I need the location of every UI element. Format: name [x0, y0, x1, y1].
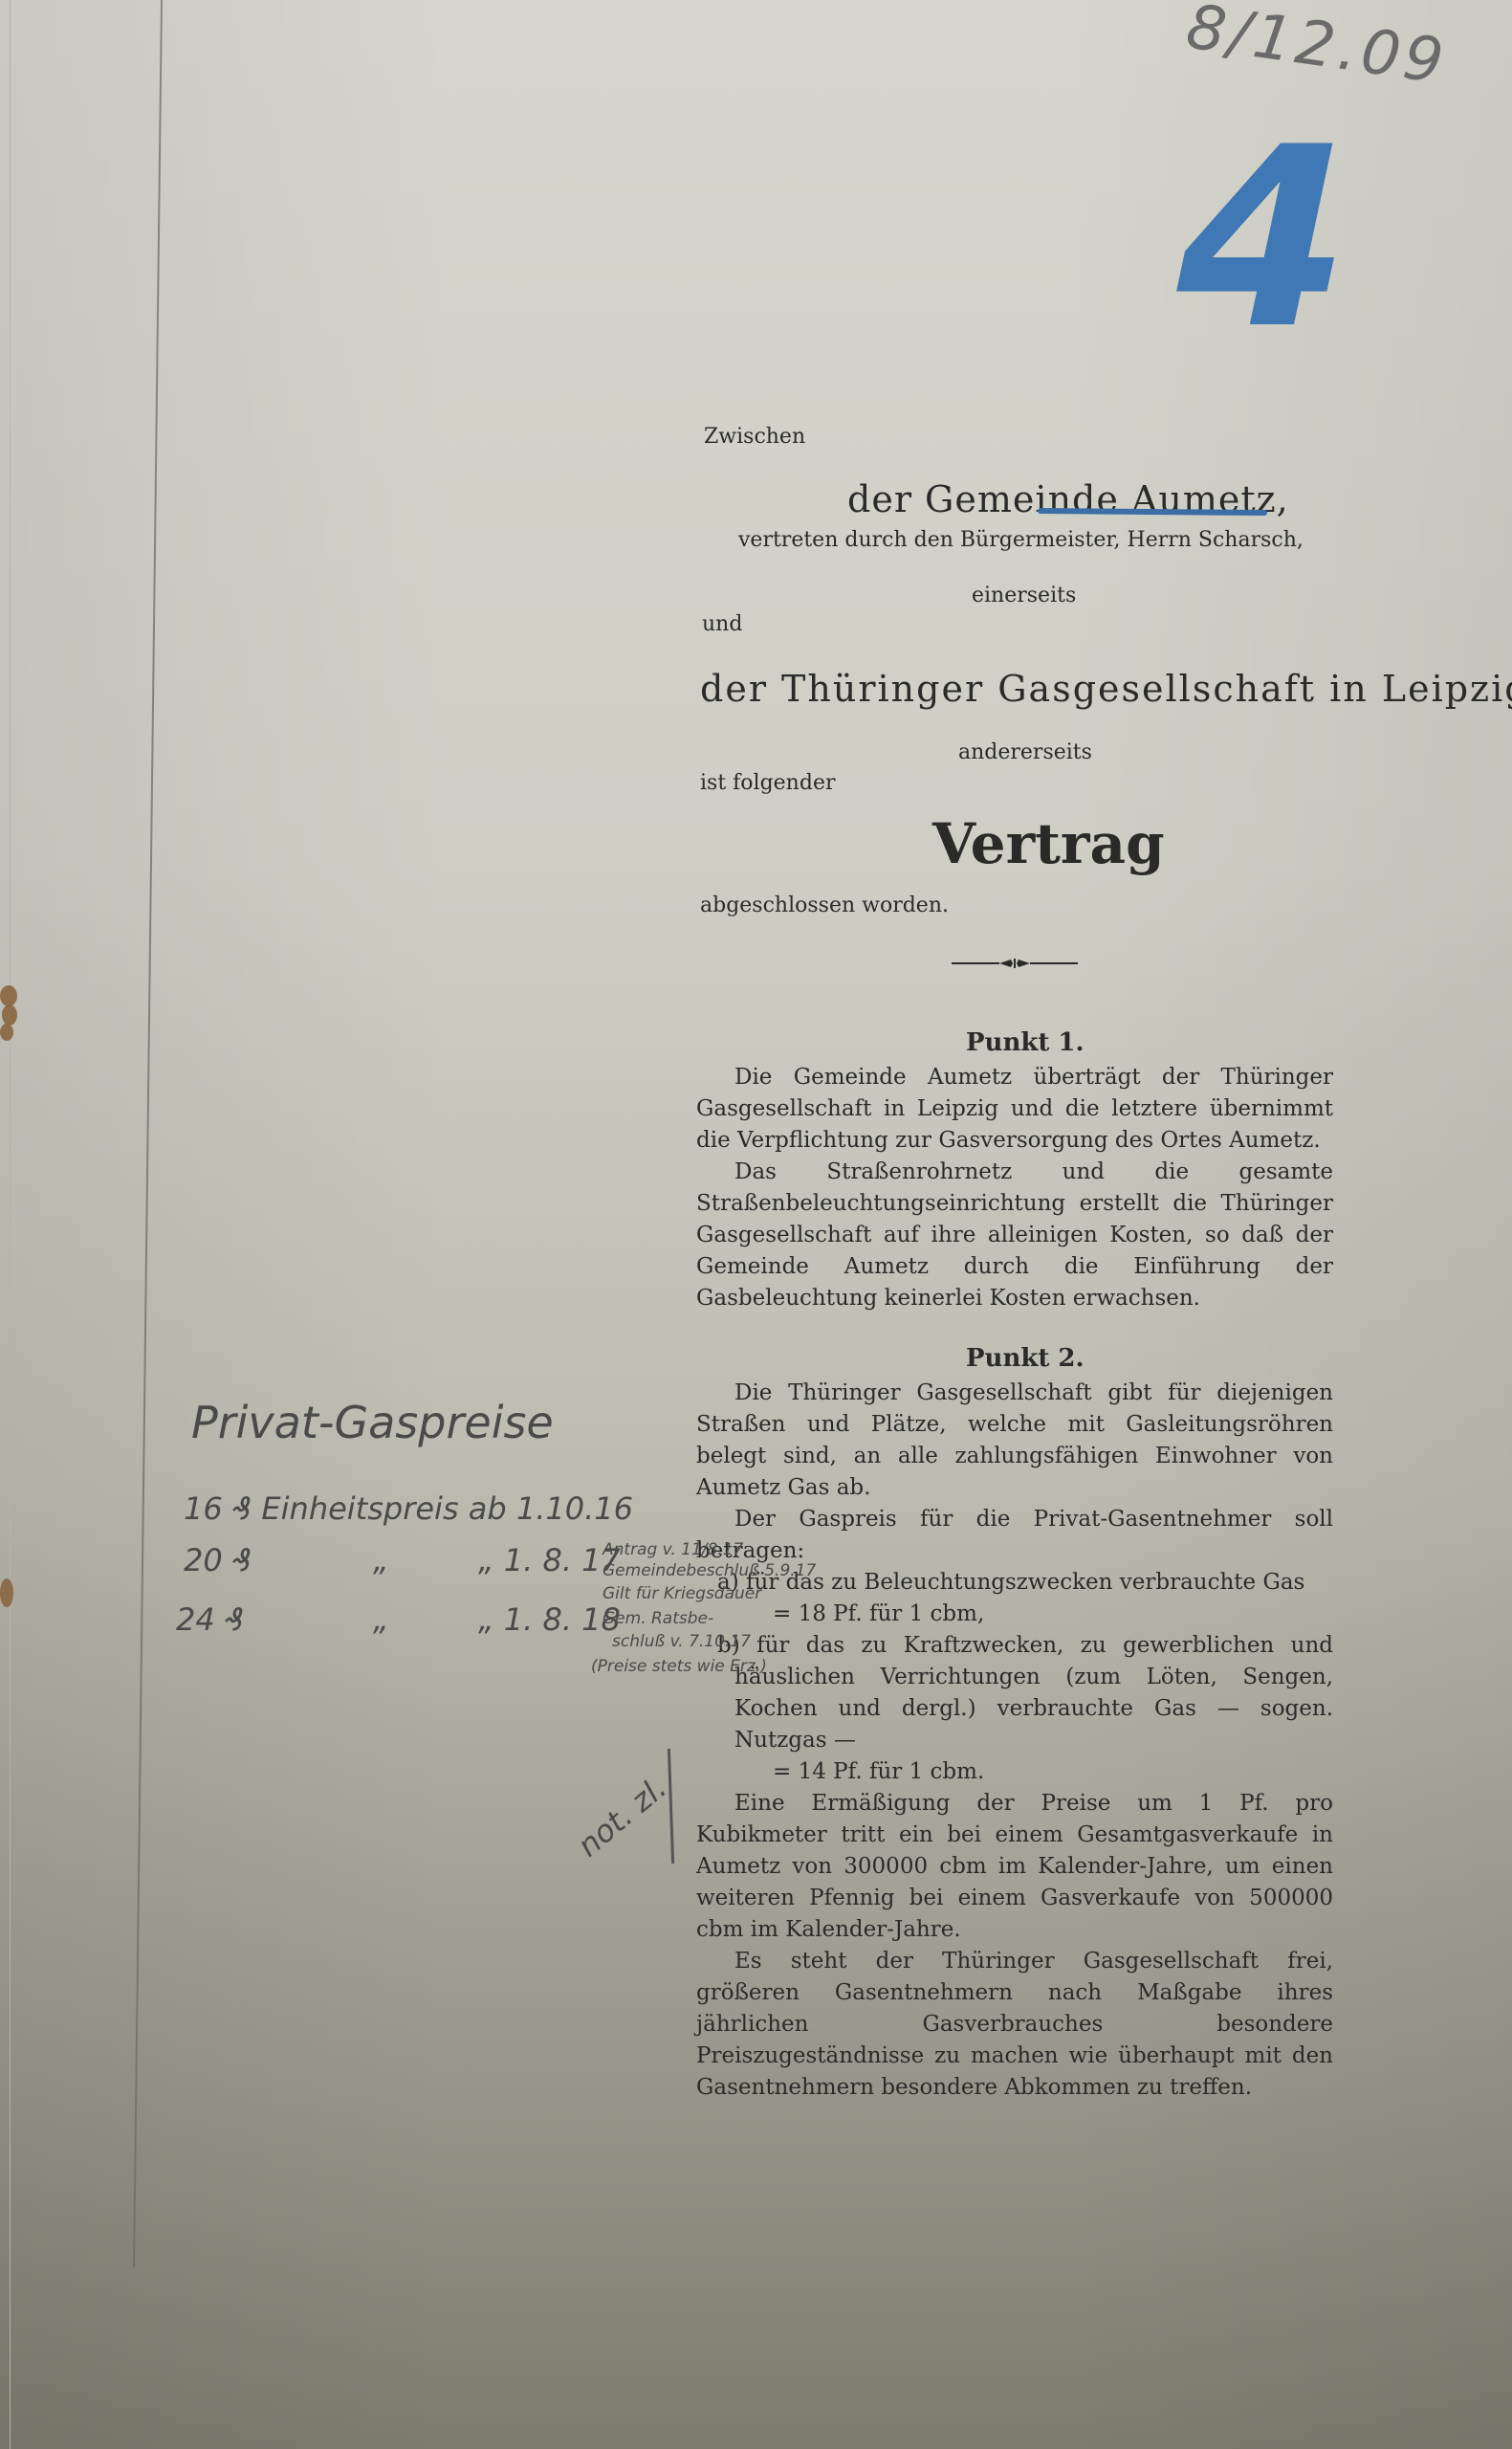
punkt2-paragraph: Eine Ermäßigung der Preise um 1 Pf. pro … [696, 1788, 1333, 1946]
party1-side: einerseits [972, 584, 1076, 607]
margin-note-line2-date: „ 1. 8. 17 [478, 1542, 621, 1578]
margin-bar [668, 1749, 674, 1864]
punkt2-paragraph: Es steht der Thüringer Gasgesellschaft f… [696, 1946, 1333, 2104]
ornament-divider [952, 957, 1078, 970]
between-label: Zwischen [704, 425, 805, 449]
is-following-label: ist folgender [700, 771, 835, 795]
margin-note-line3-price: 24 ₰ [176, 1601, 244, 1638]
margin-note-line1: 16 ₰ Einheitspreis ab 1.10.16 [184, 1490, 633, 1527]
margin-note-line3-date: „ 1. 8. 18 [478, 1601, 621, 1638]
margin-note-line3-detail: Gem. Ratsbe- [603, 1609, 713, 1628]
party2-side: andererseits [958, 740, 1092, 764]
pencil-date: 8/12.09 [1182, 0, 1451, 99]
page-edge [10, 0, 11, 2449]
ditto-mark: „ [373, 1601, 389, 1638]
price-item-a-value: = 18 Pf. für 1 cbm, [696, 1599, 1333, 1630]
blue-page-number: 4 [1150, 115, 1375, 364]
rust-stain [0, 1024, 13, 1041]
margin-note-line2-detail: Antrag v. 11/8.17 [603, 1540, 743, 1559]
rust-stain [0, 1578, 13, 1607]
margin-note-line3-detail: schluß v. 7.10.17 [612, 1632, 751, 1651]
price-item-b-value: = 14 Pf. für 1 cbm. [696, 1756, 1333, 1788]
punkt1-body: Die Gemeinde Aumetz überträgt der Thürin… [696, 1062, 1333, 1314]
margin-note-line2-detail: Gemeindebeschluß 5.9.17 [603, 1561, 816, 1580]
margin-note-line2-detail: Gilt für Kriegsdauer [603, 1584, 761, 1603]
party2-name: der Thüringer Gasgesellschaft in Leipzig [700, 668, 1512, 710]
punkt2-heading: Punkt 2. [966, 1344, 1085, 1373]
fold-line [133, 0, 163, 2267]
margin-note-title: Privat-Gaspreise [191, 1397, 554, 1448]
document-title: Vertrag [932, 811, 1165, 876]
rust-stain [2, 1004, 17, 1026]
and-label: und [702, 612, 742, 636]
margin-note-line2-price: 20 ₰ [184, 1542, 252, 1578]
margin-note-line3-detail: (Preise stets wie Erz.) [591, 1657, 767, 1676]
party1-representative: vertreten durch den Bürgermeister, Herrn… [738, 528, 1304, 552]
punkt1-heading: Punkt 1. [966, 1028, 1085, 1057]
price-item-b: b) für das zu Kraftzwecken, zu gewerblic… [696, 1630, 1333, 1756]
punkt1-paragraph: Das Straßenrohrnetz und die gesamte Stra… [696, 1157, 1333, 1314]
rust-stain [0, 985, 17, 1006]
punkt2-paragraph: Die Thüringer Gasgesellschaft gibt für d… [696, 1378, 1333, 1504]
margin-side-note: not. zl. [570, 1770, 673, 1864]
punkt2-paragraph: Der Gaspreis für die Privat-Gasentnehmer… [696, 1504, 1333, 1567]
punkt2-body: Die Thüringer Gasgesellschaft gibt für d… [696, 1378, 1333, 2104]
punkt1-paragraph: Die Gemeinde Aumetz überträgt der Thürin… [696, 1062, 1333, 1157]
ditto-mark: „ [373, 1542, 389, 1578]
concluded-label: abgeschlossen worden. [700, 894, 949, 917]
